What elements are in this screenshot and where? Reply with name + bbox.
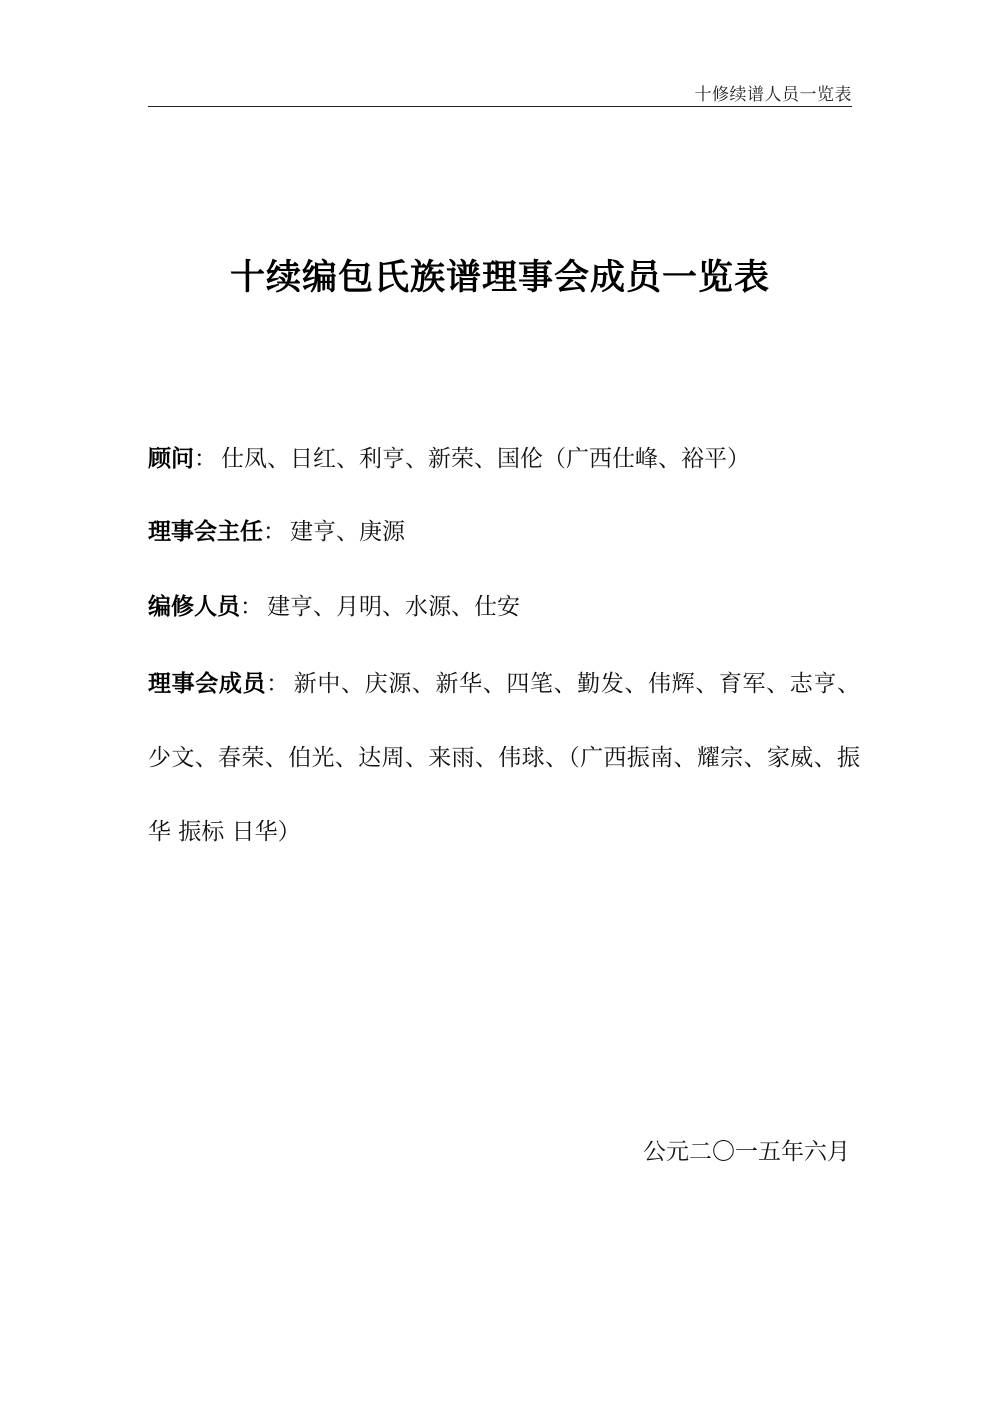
section-content: 建亨、庚源 — [290, 519, 405, 545]
document-date: 公元二〇一五年六月 — [643, 1133, 850, 1166]
section-content: 仕凤、日红、利亨、新荣、国伦（广西仕峰、裕平） — [221, 446, 750, 472]
running-title: 十修续谱人员一览表 — [695, 80, 853, 105]
section-label: 理事会主任 — [148, 519, 263, 545]
section-content: 建亨、月明、水源、仕安 — [267, 594, 520, 620]
colon: ： — [240, 594, 263, 620]
section-advisors: 顾问：仕凤、日红、利亨、新荣、国伦（广西仕峰、裕平） — [148, 441, 860, 478]
section-label: 编修人员 — [148, 594, 240, 620]
document-title: 十续编包氏族谱理事会成员一览表 — [0, 250, 1000, 300]
section-label: 理事会成员 — [148, 671, 266, 697]
section-label: 顾问 — [148, 446, 194, 472]
page-header: 十修续谱人员一览表 — [148, 78, 852, 107]
colon: ： — [194, 446, 217, 472]
section-editors: 编修人员：建亨、月明、水源、仕安 — [148, 589, 860, 626]
section-content: 新中、庆源、新华、四笔、勤发、伟辉、育军、志亨、少文、春荣、伯光、达周、来雨、伟… — [148, 671, 860, 845]
colon: ： — [266, 671, 290, 697]
section-council-director: 理事会主任：建亨、庚源 — [148, 514, 860, 551]
section-council-members: 理事会成员：新中、庆源、新华、四笔、勤发、伟辉、育军、志亨、少文、春荣、伯光、达… — [148, 647, 860, 869]
colon: ： — [263, 519, 286, 545]
